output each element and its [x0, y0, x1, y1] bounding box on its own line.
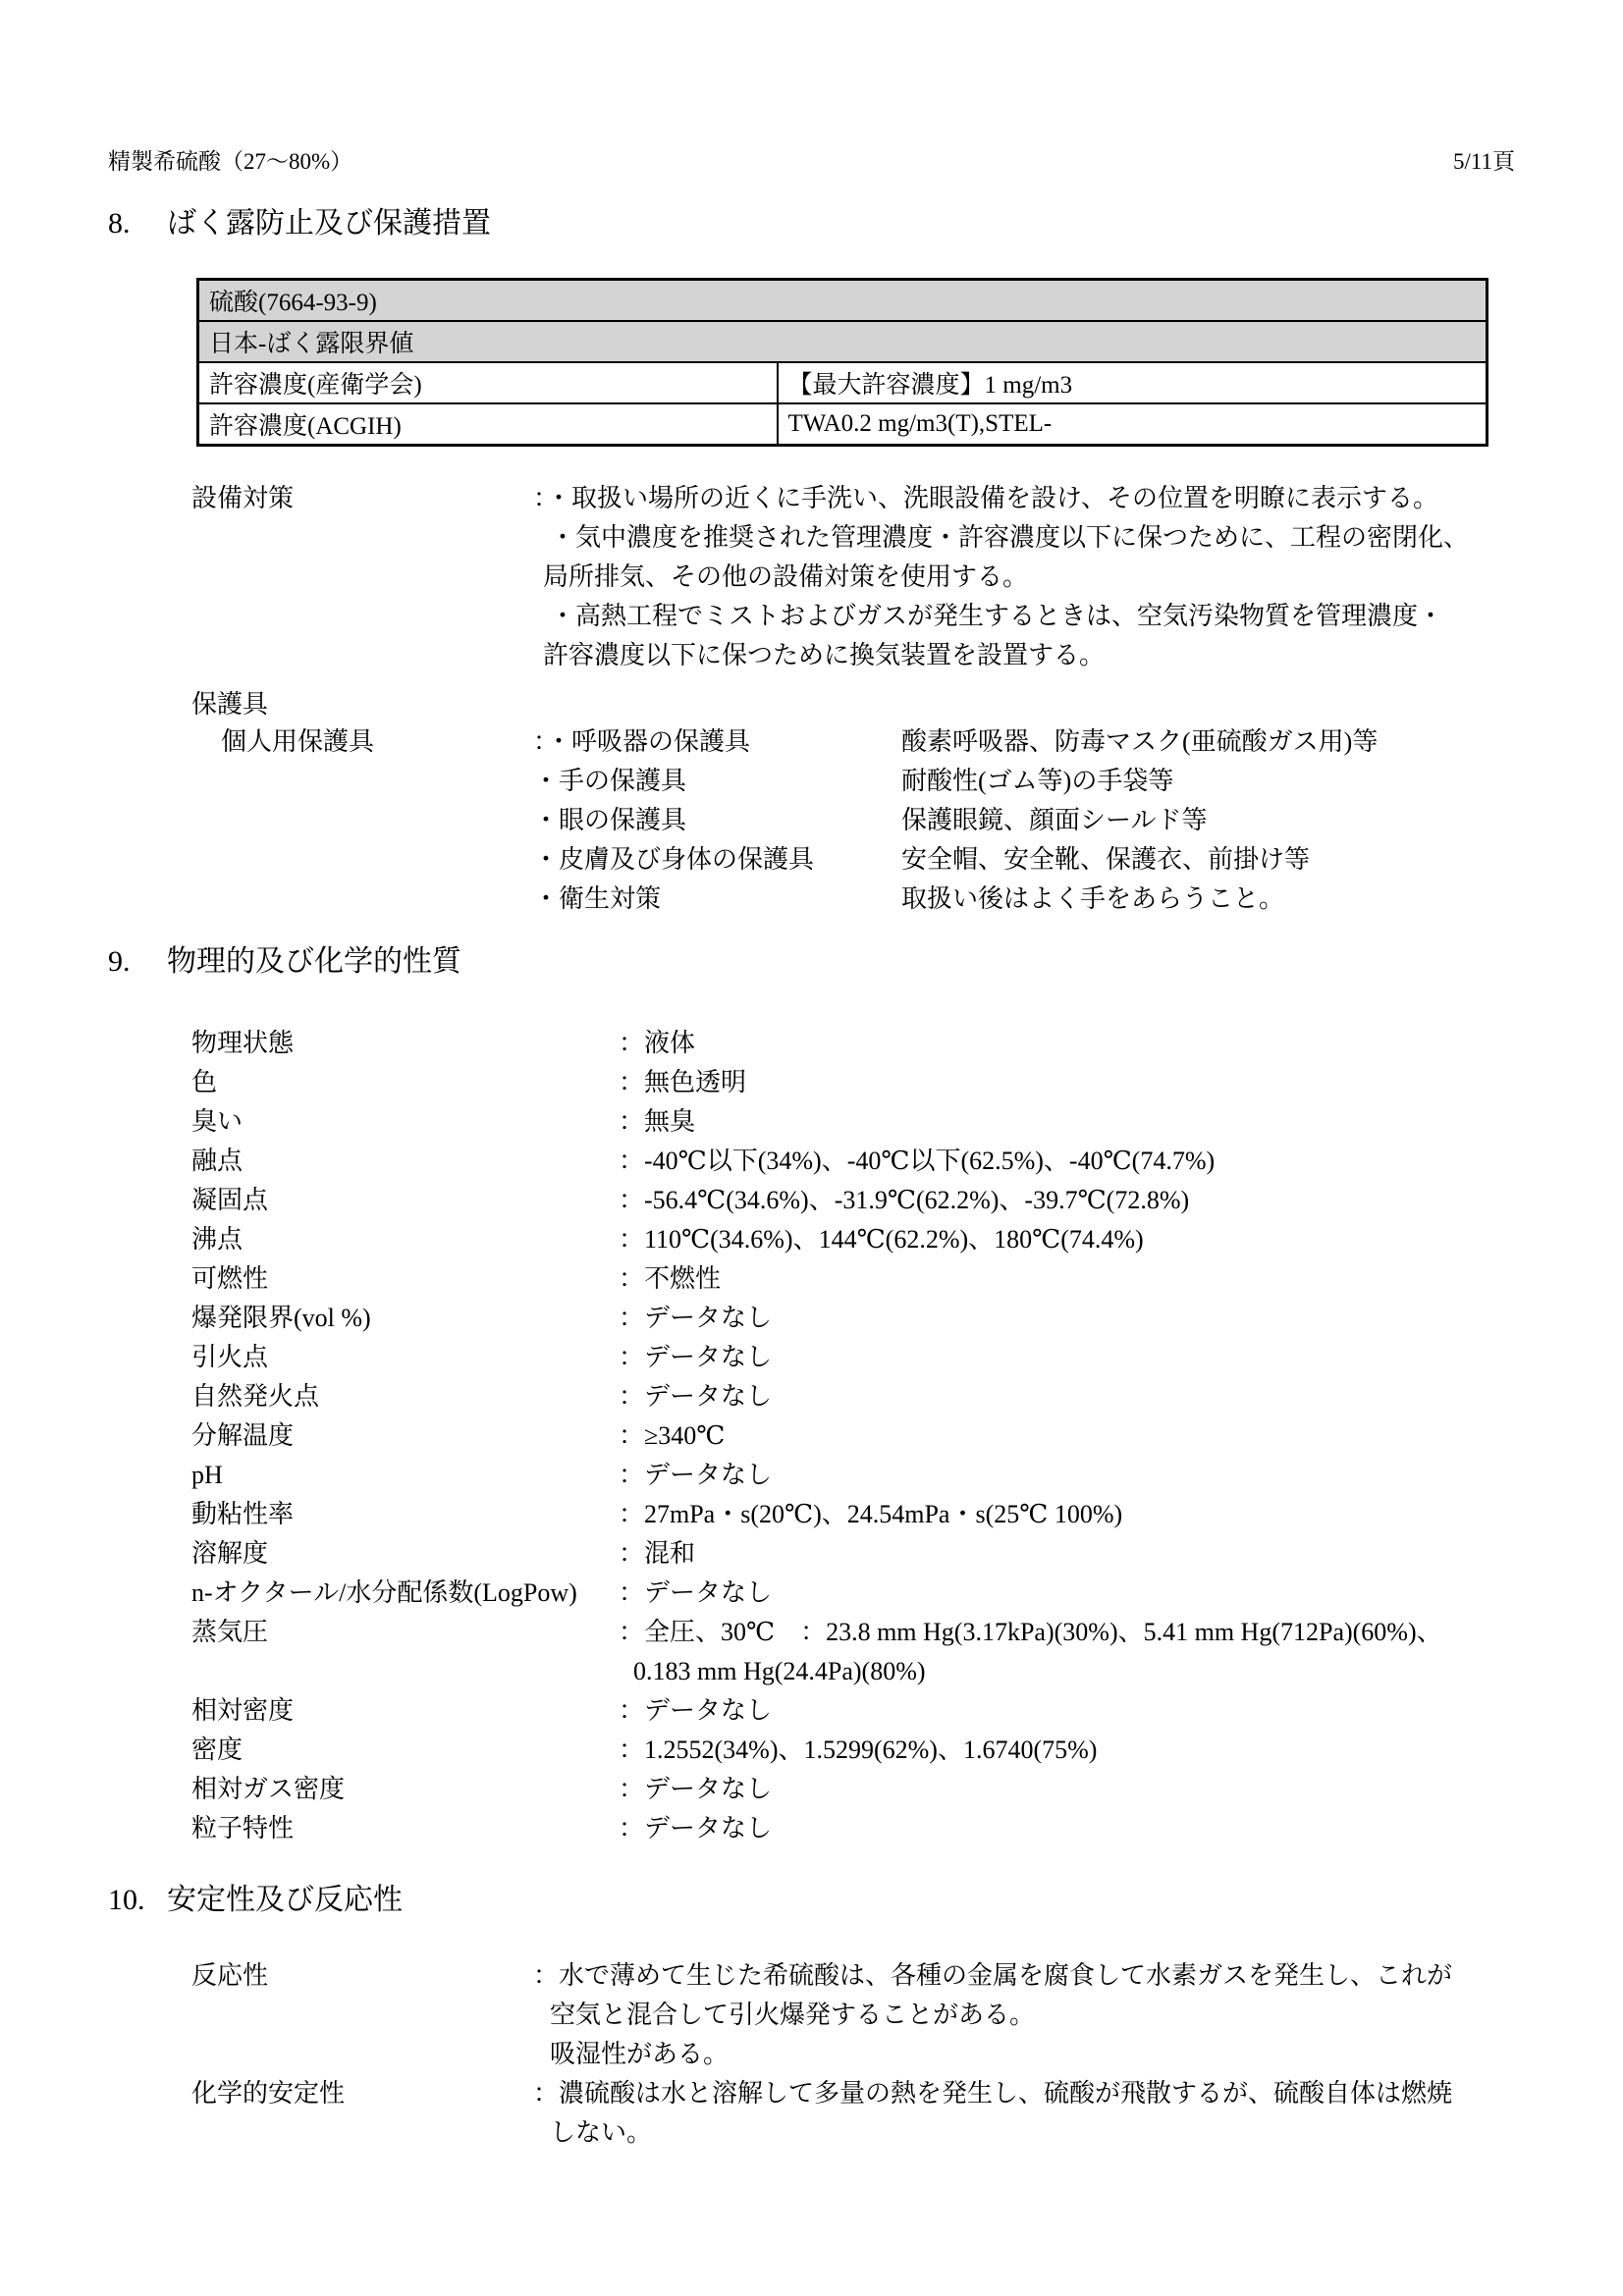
reactivity-label: 反応性 [191, 1956, 533, 2074]
physical-properties-list: 物理状態 ：液体 色 ：無色透明 臭い ：無臭 融点 ：-40℃以下(34%)、… [191, 1024, 1535, 1848]
property-label: 相対密度 [191, 1691, 619, 1731]
chemical-stability-line: しない。 [533, 2113, 1535, 2153]
ppe-label-spacer [191, 762, 533, 801]
property-value: ：1.2552(34%)、1.5299(62%)、1.6740(75%) [619, 1731, 1535, 1770]
section10-title: 安定性及び反応性 [167, 1883, 403, 1918]
chemical-stability-line: ：濃硫酸は水と溶解して多量の熱を発生し、硫酸が飛散するが、硫酸自体は燃焼 [533, 2074, 1535, 2113]
property-value: ：データなし [619, 1809, 1535, 1848]
property-value: ：データなし [619, 1456, 1535, 1495]
limit-acgih-value: TWA0.2 mg/m3(T),STEL- [778, 403, 1488, 446]
property-value: ：混和 [619, 1534, 1535, 1574]
section8-title: ばく露防止及び保護措置 [167, 206, 491, 241]
property-label: 粒子特性 [191, 1809, 619, 1848]
table-row-substance: 硫酸(7664-93-9) [198, 280, 1488, 322]
property-row: 沸点 ：110℃(34.6%)、144℃(62.2%)、180℃(74.4%) [191, 1220, 1535, 1259]
page-number: 5/11頁 [1453, 147, 1515, 177]
facility-measures: 設備対策 ：・取扱い場所の近くに手洗い、洗眼設備を設け、その位置を明瞭に表示する… [191, 479, 1535, 675]
ppe-section-label: 個人用保護具 [191, 722, 533, 762]
property-value: ：-40℃以下(34%)、-40℃以下(62.5%)、-40℃(74.7%) [619, 1142, 1535, 1181]
property-label: n-オクタール/水分配係数(LogPow) [191, 1574, 619, 1613]
property-row: 相対ガス密度 ：データなし [191, 1770, 1535, 1809]
property-label: 引火点 [191, 1338, 619, 1377]
personal-protective-equipment: 個人用保護具 ：・呼吸器の保護具 酸素呼吸器、防毒マスク(亜硫酸ガス用)等 ・手… [191, 722, 1535, 919]
property-row: 動粘性率 ：27mPa・s(20℃)、24.54mPa・s(25℃ 100%) [191, 1495, 1535, 1534]
property-row: 可燃性 ：不燃性 [191, 1259, 1535, 1299]
property-value: ：データなし [619, 1299, 1535, 1338]
property-value: ：≥340℃ [619, 1416, 1535, 1456]
ppe-row: ・皮膚及び身体の保護具 安全帽、安全靴、保護衣、前掛け等 [191, 840, 1535, 880]
ppe-item-desc: 安全帽、安全靴、保護衣、前掛け等 [901, 840, 1535, 880]
property-label: 蒸気圧 [191, 1613, 619, 1691]
property-value: ：液体 [619, 1024, 1535, 1063]
property-row: n-オクタール/水分配係数(LogPow) ：データなし [191, 1574, 1535, 1613]
document-page: 精製希硫酸（27～80%） 5/11頁 8. ばく露防止及び保護措置 硫酸(76… [0, 0, 1623, 2296]
property-row: 密度 ：1.2552(34%)、1.5299(62%)、1.6740(75%) [191, 1731, 1535, 1770]
table-row-limit-acgih: 許容濃度(ACGIH) TWA0.2 mg/m3(T),STEL- [198, 403, 1488, 446]
facility-label: 設備対策 [191, 479, 533, 675]
property-label: 可燃性 [191, 1259, 619, 1299]
property-value: ：全圧、30℃ ：23.8 mm Hg(3.17kPa)(30%)、5.41 m… [619, 1613, 1535, 1691]
facility-line: 許容濃度以下に保つために換気装置を設置する。 [533, 636, 1535, 675]
page-header: 精製希硫酸（27～80%） 5/11頁 [108, 147, 1515, 177]
section9-heading: 9. 物理的及び化学的性質 [108, 944, 461, 980]
property-label: 密度 [191, 1731, 619, 1770]
ppe-item-name: ・眼の保護具 [533, 801, 901, 840]
chemical-stability-text: ：濃硫酸は水と溶解して多量の熱を発生し、硫酸が飛散するが、硫酸自体は燃焼 しない… [533, 2074, 1535, 2153]
property-label: 沸点 [191, 1220, 619, 1259]
property-label: 動粘性率 [191, 1495, 619, 1534]
facility-line: 局所排気、その他の設備対策を使用する。 [533, 558, 1535, 597]
ppe-row: ・眼の保護具 保護眼鏡、顔面シールド等 [191, 801, 1535, 840]
section10-number: 10. [108, 1883, 167, 1918]
property-label: 物理状態 [191, 1024, 619, 1063]
ppe-label-spacer [191, 880, 533, 919]
property-row: 自然発火点 ：データなし [191, 1377, 1535, 1416]
property-row: pH ：データなし [191, 1456, 1535, 1495]
property-row: 臭い ：無臭 [191, 1102, 1535, 1142]
facility-line: ・高熱工程でミストおよびガスが発生するときは、空気汚染物質を管理濃度・ [533, 597, 1535, 636]
chemical-stability-label: 化学的安定性 [191, 2074, 533, 2153]
property-row: 分解温度 ：≥340℃ [191, 1416, 1535, 1456]
reactivity-row: 反応性 ：水で薄めて生じた希硫酸は、各種の金属を腐食して水素ガスを発生し、これが… [191, 1956, 1535, 2074]
property-value: ：データなし [619, 1574, 1535, 1613]
property-row: 物理状態 ：液体 [191, 1024, 1535, 1063]
limit-jsoh-label: 許容濃度(産衛学会) [198, 362, 778, 403]
reactivity-line: 空気と混合して引火爆発することがある。 [533, 1996, 1535, 2035]
property-row-vapor-pressure: 蒸気圧 ：全圧、30℃ ：23.8 mm Hg(3.17kPa)(30%)、5.… [191, 1613, 1535, 1691]
ppe-row: ・衛生対策 取扱い後はよく手をあらうこと。 [191, 880, 1535, 919]
section9-number: 9. [108, 944, 167, 980]
limit-acgih-label: 許容濃度(ACGIH) [198, 403, 778, 446]
chemical-stability-row: 化学的安定性 ：濃硫酸は水と溶解して多量の熱を発生し、硫酸が飛散するが、硫酸自体… [191, 2074, 1535, 2153]
property-value: ：無色透明 [619, 1063, 1535, 1102]
facility-line: ・気中濃度を推奨された管理濃度・許容濃度以下に保つために、工程の密閉化、 [533, 518, 1535, 558]
ppe-row: ・手の保護具 耐酸性(ゴム等)の手袋等 [191, 762, 1535, 801]
property-row: 凝固点 ：-56.4℃(34.6%)、-31.9℃(62.2%)、-39.7℃(… [191, 1181, 1535, 1220]
ppe-row: 個人用保護具 ：・呼吸器の保護具 酸素呼吸器、防毒マスク(亜硫酸ガス用)等 [191, 722, 1535, 762]
property-row: 相対密度 ：データなし [191, 1691, 1535, 1731]
section8-number: 8. [108, 206, 167, 241]
reactivity-line: ：水で薄めて生じた希硫酸は、各種の金属を腐食して水素ガスを発生し、これが [533, 1956, 1535, 1996]
section10-heading: 10. 安定性及び反応性 [108, 1883, 403, 1918]
ppe-item-name: ・衛生対策 [533, 880, 901, 919]
property-row: 爆発限界(vol %) ：データなし [191, 1299, 1535, 1338]
ppe-item-name: ・手の保護具 [533, 762, 901, 801]
property-label: 相対ガス密度 [191, 1770, 619, 1809]
protective-equipment-label: 保護具 [191, 685, 1535, 724]
section9-title: 物理的及び化学的性質 [167, 944, 461, 980]
exposure-limits-table: 硫酸(7664-93-9) 日本-ばく露限界値 許容濃度(産衛学会) 【最大許容… [196, 278, 1488, 447]
ppe-item-desc: 酸素呼吸器、防毒マスク(亜硫酸ガス用)等 [901, 722, 1535, 762]
ppe-label-spacer [191, 840, 533, 880]
property-value: ：データなし [619, 1691, 1535, 1731]
property-row: 粒子特性 ：データなし [191, 1809, 1535, 1848]
table-row-jurisdiction: 日本-ばく露限界値 [198, 321, 1488, 362]
property-label: 分解温度 [191, 1416, 619, 1456]
facility-text: ：・取扱い場所の近くに手洗い、洗眼設備を設け、その位置を明瞭に表示する。 ・気中… [533, 479, 1535, 675]
property-value: ：不燃性 [619, 1259, 1535, 1299]
property-value: ：無臭 [619, 1102, 1535, 1142]
table-row-limit-jsoh: 許容濃度(産衛学会) 【最大許容濃度】1 mg/m3 [198, 362, 1488, 403]
property-value: ：-56.4℃(34.6%)、-31.9℃(62.2%)、-39.7℃(72.8… [619, 1181, 1535, 1220]
stability-reactivity-list: 反応性 ：水で薄めて生じた希硫酸は、各種の金属を腐食して水素ガスを発生し、これが… [191, 1956, 1535, 2153]
property-value: ：110℃(34.6%)、144℃(62.2%)、180℃(74.4%) [619, 1220, 1535, 1259]
product-name: 精製希硫酸（27～80%） [108, 147, 352, 177]
property-label: 凝固点 [191, 1181, 619, 1220]
ppe-item-desc: 取扱い後はよく手をあらうこと。 [901, 880, 1535, 919]
vapor-pressure-line: ：全圧、30℃ ：23.8 mm Hg(3.17kPa)(30%)、5.41 m… [619, 1613, 1535, 1652]
property-label: 臭い [191, 1102, 619, 1142]
facility-line: ：・取扱い場所の近くに手洗い、洗眼設備を設け、その位置を明瞭に表示する。 [533, 479, 1535, 518]
property-row: 引火点 ：データなし [191, 1338, 1535, 1377]
property-value: ：データなし [619, 1377, 1535, 1416]
ppe-item-name: ・皮膚及び身体の保護具 [533, 840, 901, 880]
ppe-label-spacer [191, 801, 533, 840]
ppe-item-desc: 保護眼鏡、顔面シールド等 [901, 801, 1535, 840]
vapor-pressure-line: 0.183 mm Hg(24.4Pa)(80%) [619, 1652, 1535, 1691]
property-value: ：データなし [619, 1770, 1535, 1809]
property-row: 溶解度 ：混和 [191, 1534, 1535, 1574]
property-value: ：27mPa・s(20℃)、24.54mPa・s(25℃ 100%) [619, 1495, 1535, 1534]
reactivity-text: ：水で薄めて生じた希硫酸は、各種の金属を腐食して水素ガスを発生し、これが 空気と… [533, 1956, 1535, 2074]
property-label: 色 [191, 1063, 619, 1102]
property-label: 溶解度 [191, 1534, 619, 1574]
property-label: 融点 [191, 1142, 619, 1181]
reactivity-line: 吸湿性がある。 [533, 2035, 1535, 2074]
property-row: 融点 ：-40℃以下(34%)、-40℃以下(62.5%)、-40℃(74.7%… [191, 1142, 1535, 1181]
section8-heading: 8. ばく露防止及び保護措置 [108, 206, 491, 241]
property-label: 自然発火点 [191, 1377, 619, 1416]
property-label: pH [191, 1456, 619, 1495]
substance-cell: 硫酸(7664-93-9) [198, 280, 1488, 322]
property-value: ：データなし [619, 1338, 1535, 1377]
jurisdiction-cell: 日本-ばく露限界値 [198, 321, 1488, 362]
property-row: 色 ：無色透明 [191, 1063, 1535, 1102]
property-label: 爆発限界(vol %) [191, 1299, 619, 1338]
ppe-item-desc: 耐酸性(ゴム等)の手袋等 [901, 762, 1535, 801]
ppe-item-name: ：・呼吸器の保護具 [533, 722, 901, 762]
limit-jsoh-value: 【最大許容濃度】1 mg/m3 [778, 362, 1488, 403]
